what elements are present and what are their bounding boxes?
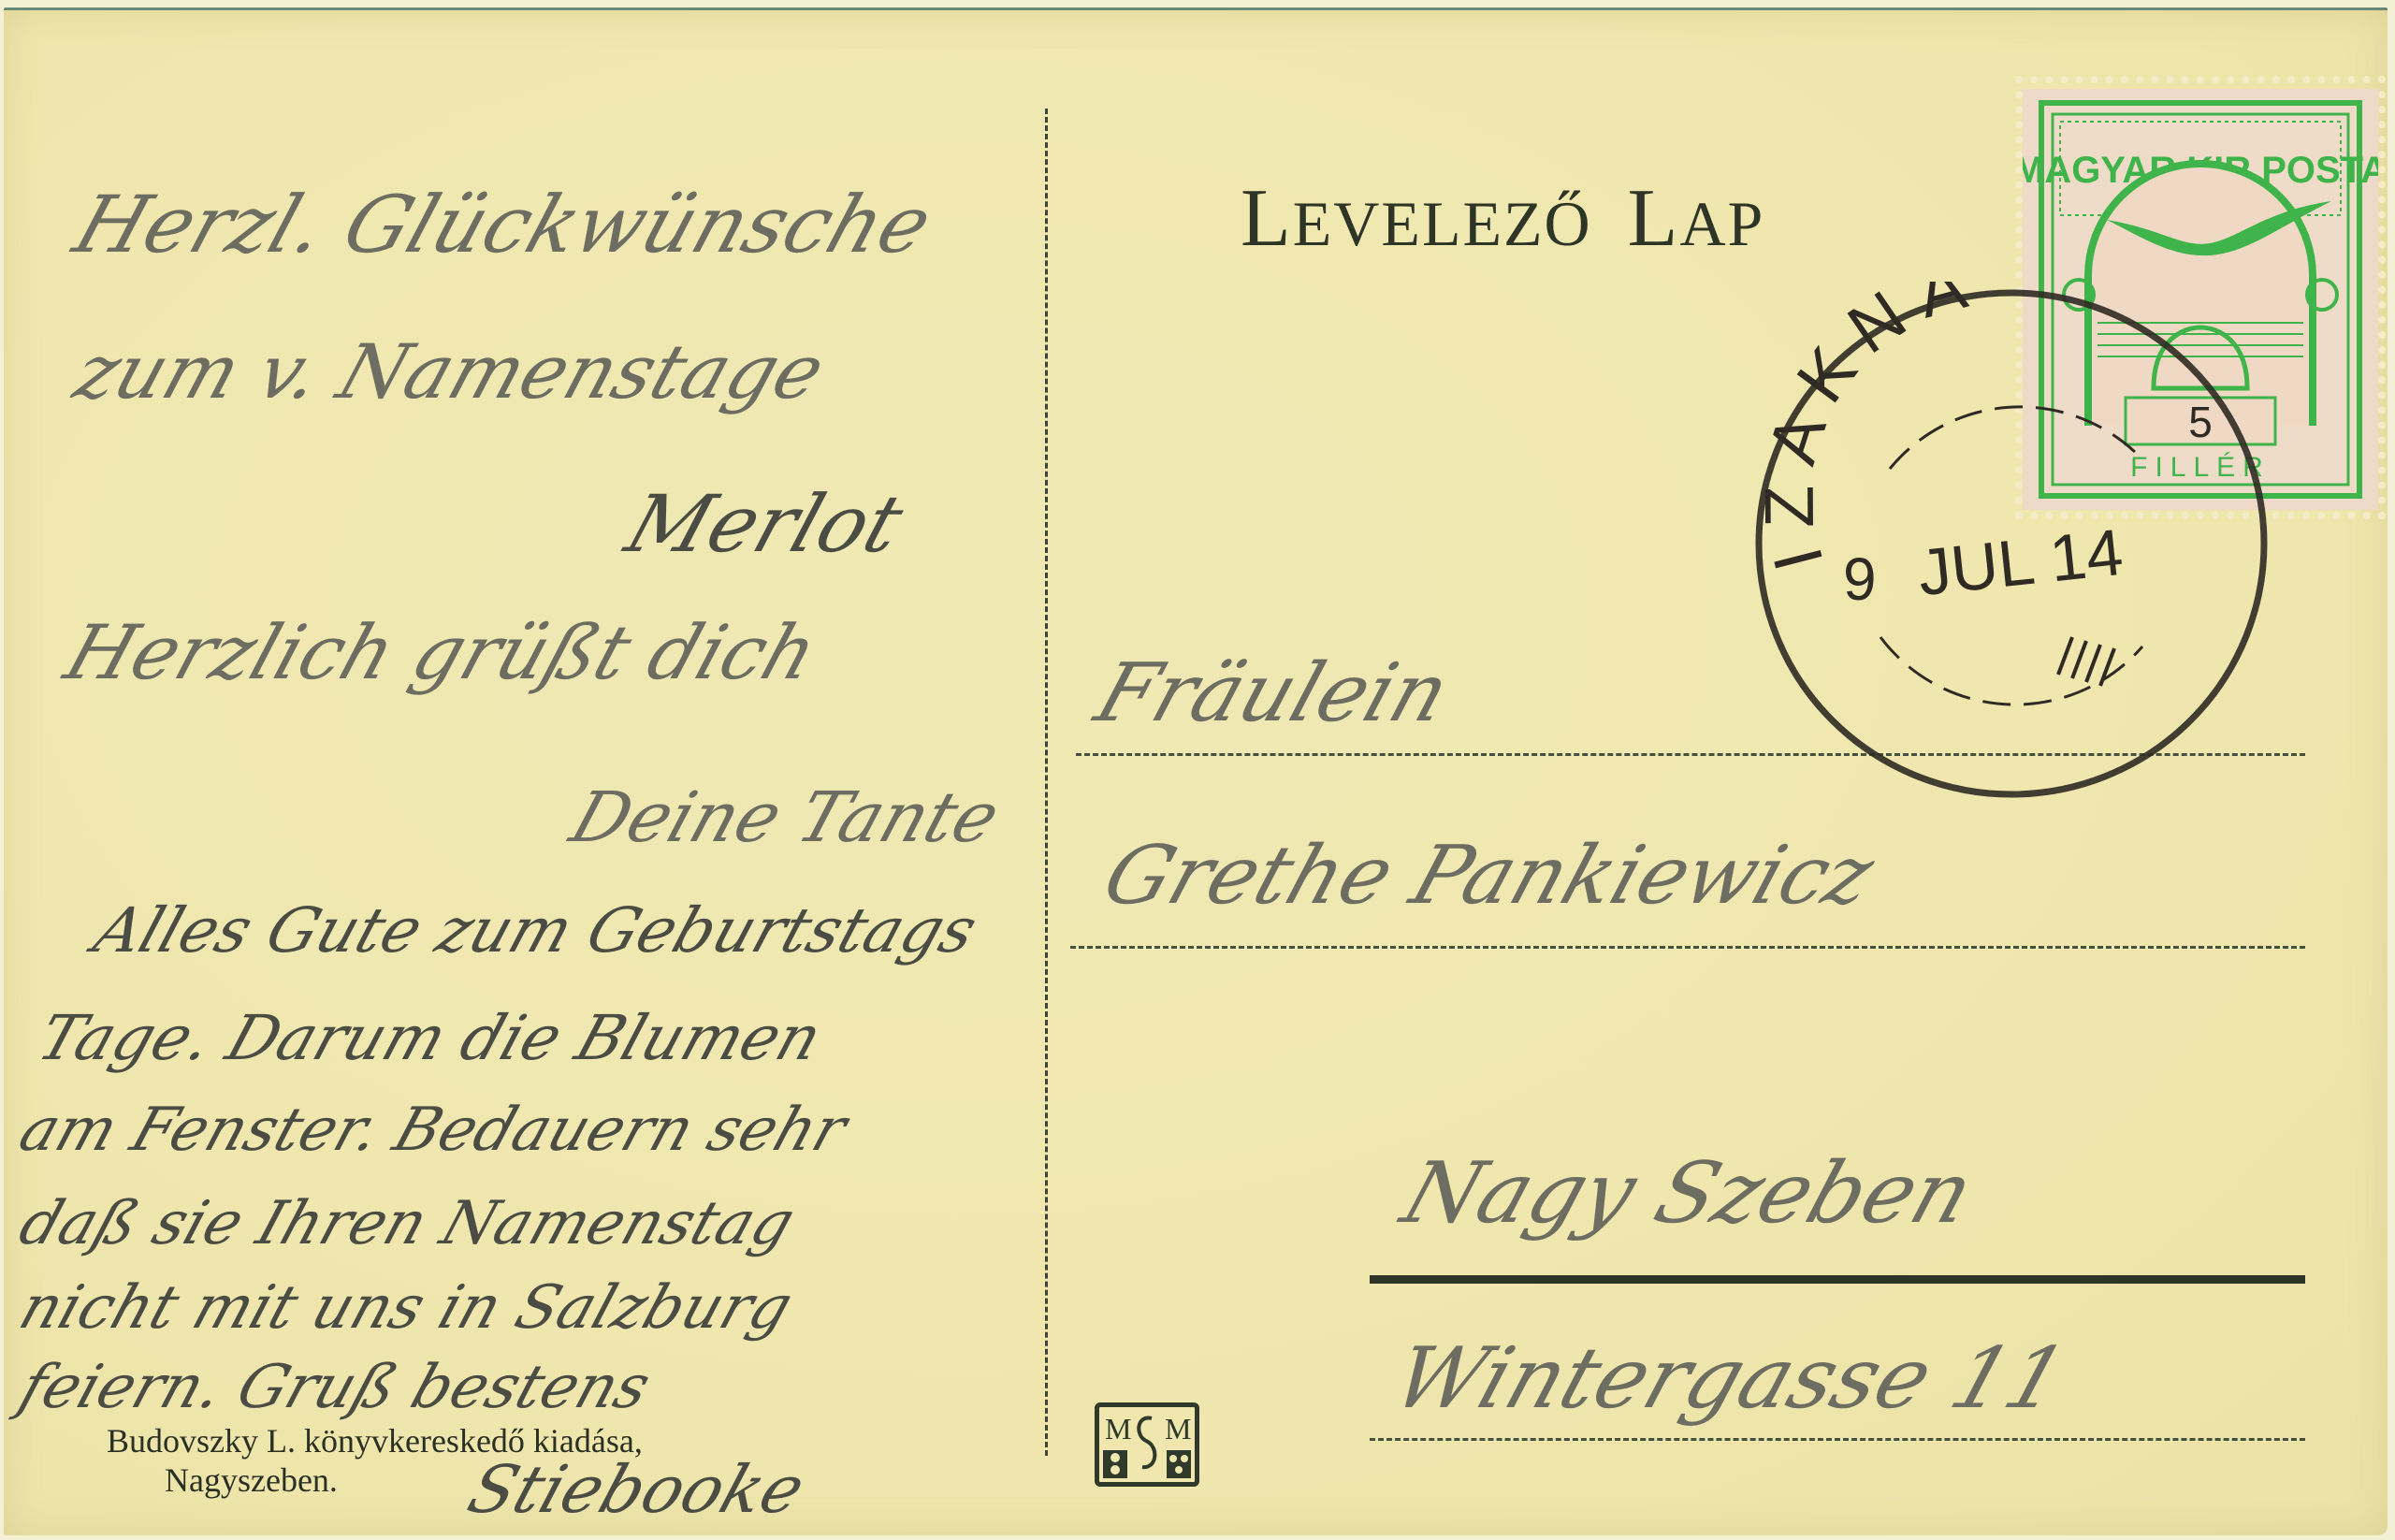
- logo-letter-right: M: [1165, 1412, 1191, 1446]
- address-street: Wintergasse 11: [1382, 1329, 2078, 1428]
- address-name: Grethe Pankiewicz: [1093, 829, 1885, 923]
- title-word-1: EVELEZŐ: [1293, 188, 1592, 259]
- message-line-1: Herzl. Glückwünsche: [64, 179, 943, 270]
- imprint-line-1: Budovszky L. könyvkereskedő kiadása,: [107, 1421, 643, 1460]
- address-city: Nagy Szeben: [1391, 1144, 1985, 1242]
- title-initial-1: L: [1241, 173, 1293, 264]
- message-line-11: feiern. Gruß bestens: [11, 1353, 659, 1422]
- stamp-value: 5: [2188, 398, 2213, 446]
- svg-text:IZAKNA: IZAKNA: [1750, 282, 1991, 578]
- postcard-back: LEVELEZŐ LAP Fräulein Grethe Pankiewicz …: [4, 7, 2388, 1535]
- postmark-date: JUL 14: [1915, 516, 2126, 609]
- imprint-line-2: Nagyszeben.: [107, 1460, 643, 1500]
- message-line-5: Deine Tante: [561, 777, 1009, 858]
- address-line-2: [1070, 946, 2305, 949]
- title-initial-2: L: [1628, 173, 1680, 264]
- publisher-imprint: Budovszky L. könyvkereskedő kiadása, Nag…: [107, 1421, 643, 1500]
- address-line-3-underline: [1370, 1275, 2305, 1284]
- address-line-1: [1076, 753, 2305, 756]
- postmark-day: 9: [1843, 545, 1877, 613]
- title-word-2: AP: [1679, 188, 1764, 259]
- publisher-logo-icon: M M: [1095, 1402, 1199, 1487]
- postmark-town: IZAKNA: [1750, 282, 1991, 578]
- message-line-8: am Fenster. Bedauern sehr: [11, 1096, 855, 1165]
- message-line-10: nicht mit uns in Salzburg: [11, 1273, 801, 1343]
- message-line-4: Herzlich grüßt dich: [55, 609, 828, 696]
- postage-stamp: MAGYAR KIR.POSTA 5 FILLÉR: [2023, 89, 2378, 510]
- message-line-3: Merlot: [616, 478, 914, 570]
- message-line-7: Tage. Darum die Blumen: [29, 1002, 830, 1074]
- stamp-unit: FILLÉR: [2130, 452, 2271, 483]
- message-line-9: daß sie Ihren Namenstag: [11, 1189, 803, 1258]
- logo-letter-left: M: [1105, 1412, 1131, 1446]
- center-divider: [1045, 109, 1048, 1456]
- address-salutation: Fräulein: [1085, 647, 1460, 740]
- message-line-6: Alles Gute zum Geburtstags: [85, 894, 985, 966]
- turul-stamp-icon: MAGYAR KIR.POSTA 5 FILLÉR: [2023, 89, 2378, 510]
- address-line-4: [1370, 1438, 2305, 1441]
- postcard-title: LEVELEZŐ LAP: [1241, 171, 1764, 266]
- message-line-2: zum v. Namenstage: [65, 328, 835, 415]
